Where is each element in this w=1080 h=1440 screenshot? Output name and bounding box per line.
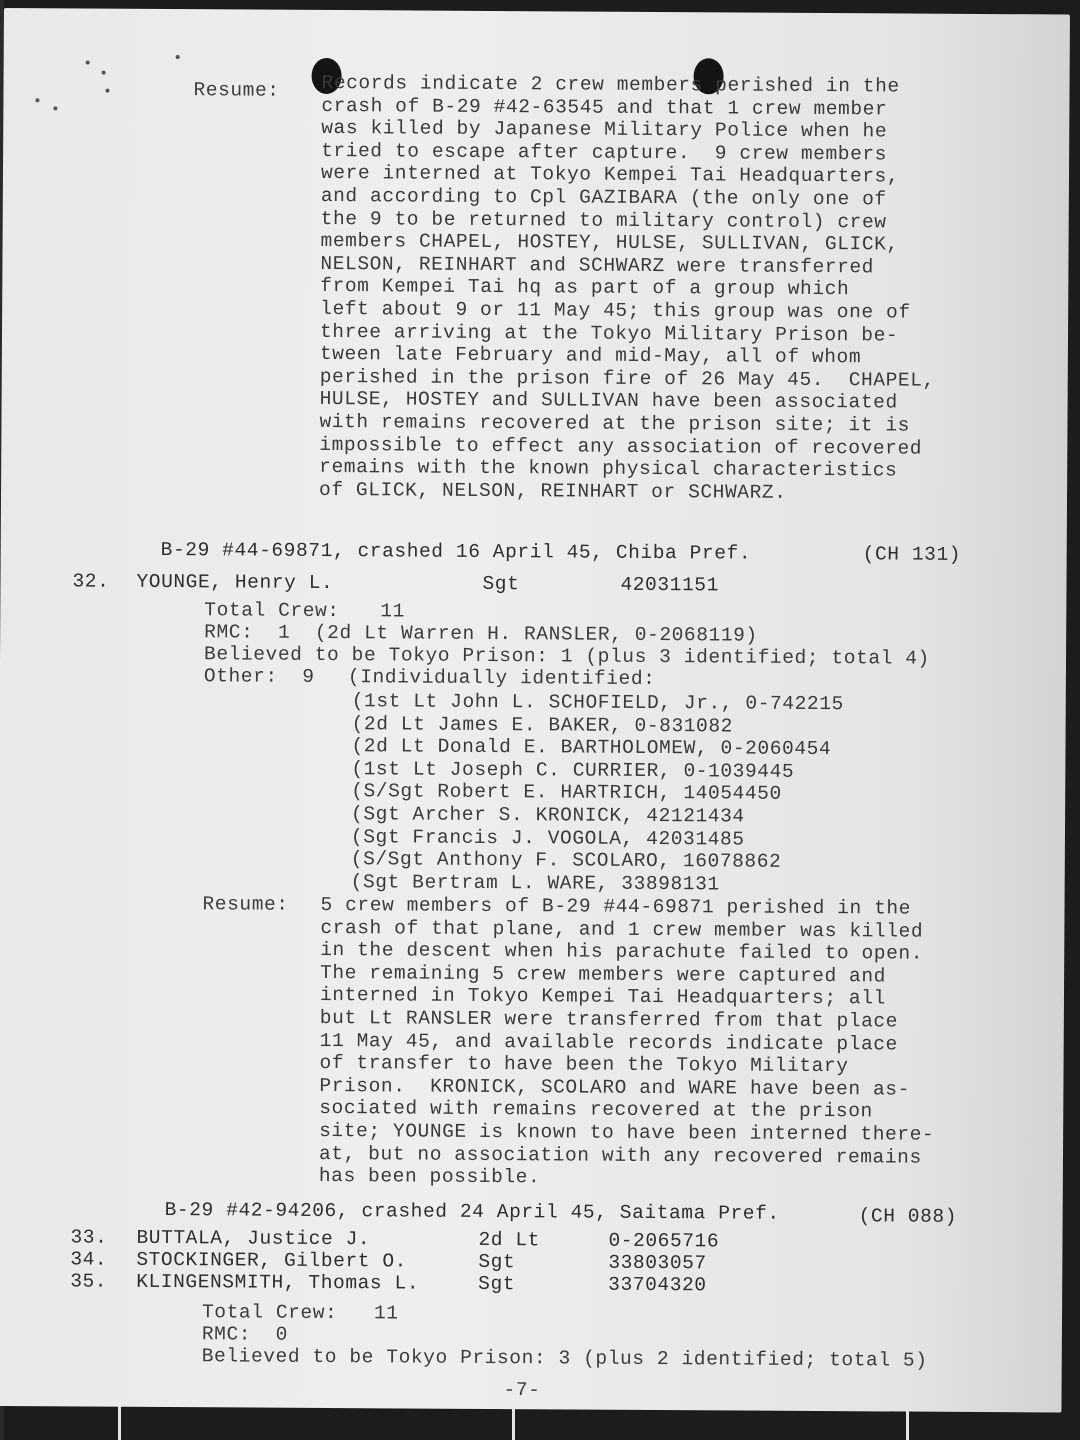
total-crew-value: 11 [374,1302,399,1325]
speck [53,106,57,110]
speck [102,71,106,75]
identified-person: (Sgt Bertram L. WARE, 33898131 [351,871,843,897]
identified-person: (Sgt Francis J. VOGOLA, 42031485 [351,826,843,852]
person-serial: 0-2065716 [608,1230,719,1253]
speck [86,60,90,64]
identified-person: (2d Lt Donald E. BARTHOLOMEW, 0-2060454 [351,735,843,761]
identified-person: (2d Lt James E. BAKER, 0-831082 [352,713,844,739]
aircraft-header: B-29 #42-94206, crashed 24 April 45, Sai… [165,1199,780,1225]
speck [35,98,39,102]
total-crew-value: 11 [380,600,405,623]
person-serial: 33704320 [608,1274,707,1297]
person-name: YOUNGE, Henry L. [136,571,333,595]
person-rank: Sgt [478,1273,515,1296]
resume-label: Resume: [193,79,279,102]
person-name: STOCKINGER, Gilbert O. [136,1249,407,1273]
identified-person: (1st Lt John L. SCHOFIELD, Jr., 0-742215 [352,690,844,716]
resume-line: left about 9 or 11 May 45; this group wa… [320,298,935,324]
identified-person: (S/Sgt Robert E. HARTRICH, 14054450 [351,781,843,807]
identified-list: (1st Lt John L. SCHOFIELD, Jr., 0-742215… [351,690,844,896]
resume-text: 5 crew members of B-29 #44-69871 perishe… [319,894,936,1191]
entry-number: 35. [70,1270,107,1293]
resume-line: remains with the known physical characte… [319,456,934,482]
prison-line: Believed to be Tokyo Prison: 3 (plus 2 i… [202,1345,928,1372]
identified-person: (Sgt Archer S. KRONICK, 42121434 [351,803,843,829]
speck [176,55,180,59]
entry-number: 34. [70,1248,107,1271]
case-reference: (CH 131) [863,543,962,566]
person-rank: 2d Lt [478,1229,540,1252]
person-rank: Sgt [478,1251,515,1274]
resume-line: of GLICK, NELSON, REINHART or SCHWARZ. [319,479,934,505]
resume-line: tween late February and mid-May, all of … [320,343,935,369]
floor-tile-grout [512,1405,515,1440]
resume-line: but Lt RANSLER were transferred from tha… [320,1007,935,1033]
floor-tile-grout [118,1405,121,1440]
resume-line: members CHAPEL, HOSTEY, HULSE, SULLIVAN,… [321,230,936,256]
resume-line: Records indicate 2 crew members perished… [321,72,936,98]
person-name: KLINGENSMITH, Thomas L. [136,1271,419,1295]
identified-person: (S/Sgt Anthony F. SCOLARO, 16078862 [351,848,843,874]
other-heading: (Individually identified: [348,666,656,690]
document-page: Resume: Records indicate 2 crew members … [0,8,1070,1412]
case-reference: (CH 088) [859,1205,958,1228]
speck [105,89,109,93]
rmc-line: RMC: 0 [202,1323,288,1346]
total-crew-label: Total Crew: [202,1301,337,1324]
total-crew-label: Total Crew: [204,599,339,622]
resume-line: has been possible. [319,1165,934,1191]
resume-line: and according to Cpl GAZIBARA (the only … [321,185,936,211]
resume-label: Resume: [202,893,288,916]
person-serial: 33803057 [608,1252,707,1275]
resume-text: Records indicate 2 crew members perished… [319,72,937,505]
other-label: Other: 9 [204,665,315,688]
person-rank: Sgt [482,573,519,596]
resume-line: with remains recovered at the prison sit… [319,411,934,437]
entry-number: 33. [70,1226,107,1249]
resume-line: 5 crew members of B-29 #44-69871 perishe… [320,894,935,920]
person-serial: 42031151 [620,574,719,597]
aircraft-header: B-29 #44-69871, crashed 16 April 45, Chi… [161,539,752,565]
entry-number: 32. [72,570,109,593]
page-number: -7- [503,1379,540,1402]
resume-line: site; YOUNGE is known to have been inter… [319,1120,934,1146]
person-name: BUTTALA, Justice J. [136,1227,370,1251]
identified-person: (1st Lt Joseph C. CURRIER, 0-1039445 [351,758,843,784]
